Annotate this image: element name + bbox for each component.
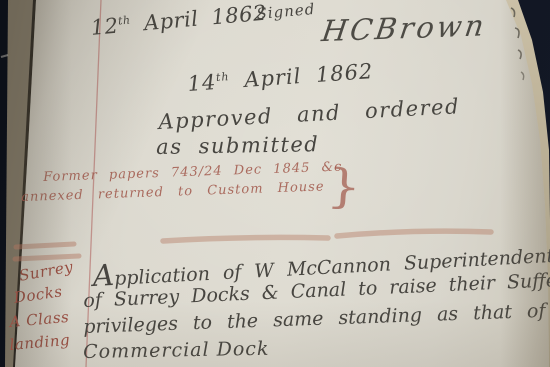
decision-line-2: as submitted (156, 134, 319, 158)
edge-ink-mark (1, 55, 8, 57)
signature-hc-brown: HCBrown (320, 11, 489, 46)
date-ordinal: th (216, 70, 230, 84)
ledger-photo: 12th April 1862 Signed HCBrown 14th Apri… (0, 0, 550, 367)
date-day: 12 (90, 14, 120, 40)
application-line-4: Commercial Dock (83, 340, 270, 362)
clerk-annotation-brace: } (326, 162, 363, 210)
date-day: 14 (187, 70, 217, 96)
